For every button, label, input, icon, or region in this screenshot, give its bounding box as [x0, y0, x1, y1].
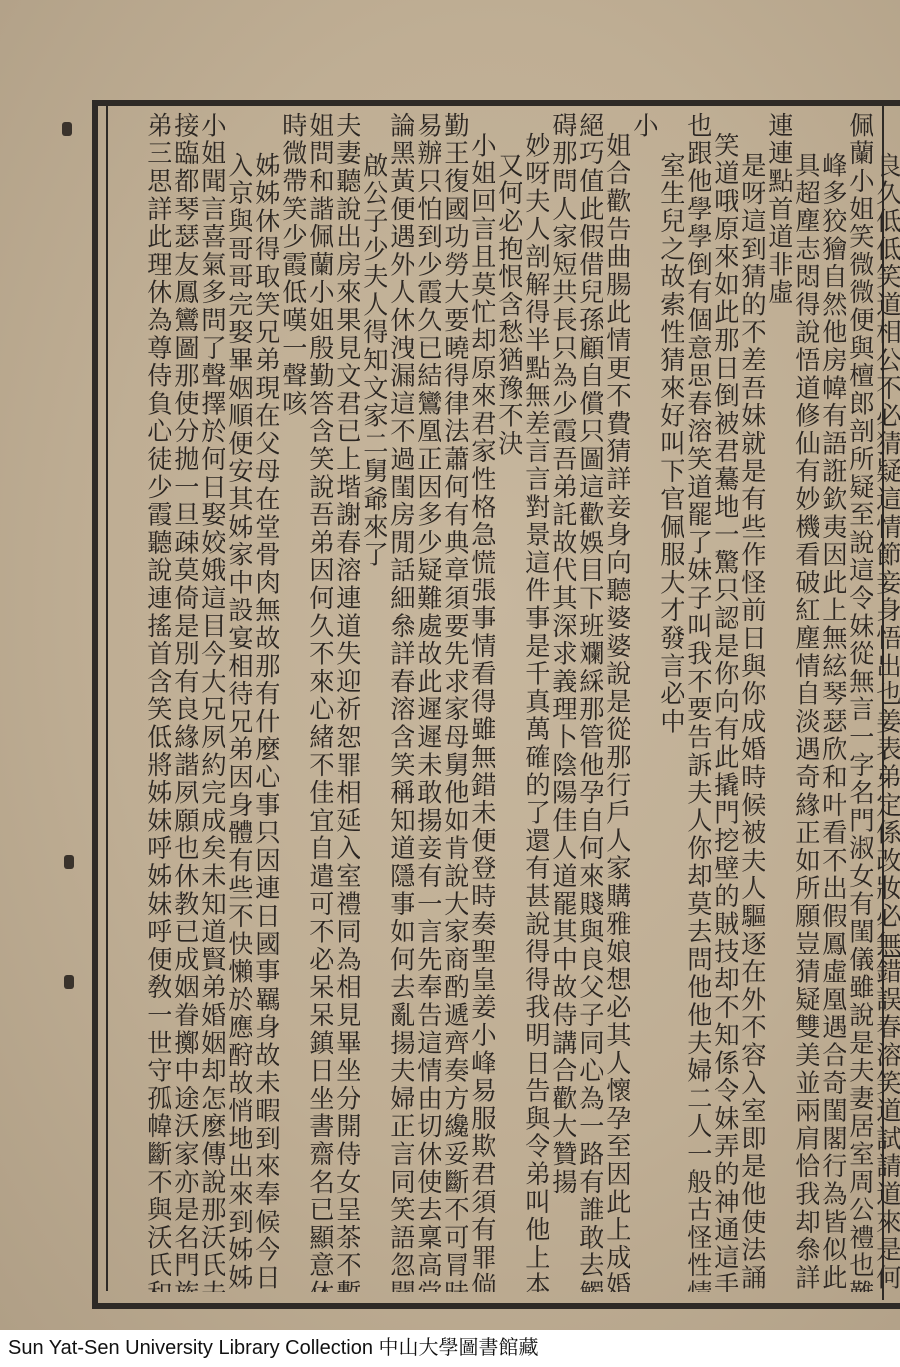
text-column: 具超塵志悶得說悟道修仙有妙機看破紅塵情自淡遇奇緣正如所願豈猜疑雙美並兩肩恰我却叅… [792, 112, 819, 1292]
text-column: 接臨都琴瑟友鳳鸞圖那使分拋一旦疎莫倚是別有良緣諧夙願也休教已成姻眷擲中途沃家亦是… [171, 112, 198, 1292]
text-column: 小姐回言且莫忙却原來君家性格急慌張事情看得雖無錯未便登時奏聖皇姜小峰易服欺君須有… [468, 112, 495, 1292]
text-column: 論黑黃便遇外人休洩漏這不過閨房閒話細叅詳春溶含笑稱知道隱事如何去亂揚夫婦正言同笑… [387, 112, 414, 1292]
text-column: 笑道哦原來如此那日倒被君驀地一驚只認是你向有此撬門挖壁的賊技却不知係令妹弄的神通… [711, 112, 738, 1292]
text-column: 時微帶笑少霞低嘆一聲咳 [279, 112, 306, 1292]
text-column: 夫妻聽說出房來果見文君已上堦謝春溶連道失迎祈恕罪相延入室禮同為相見畢坐分開侍女呈… [333, 112, 360, 1292]
text-column: 絕巧值此假借兒孫顧自償只圖這歡娛目下班斕綵那管他孕自何來賤與良父子同心為一路有誰… [576, 112, 603, 1292]
text-column: 姐合歡告曲腸此情更不費猜詳妾身向聽婆婆說是從那行戶人家購雅娘想必其人懷孕至因此上… [603, 112, 630, 1292]
binding-hole-mark [62, 122, 72, 136]
inner-border-rule [106, 106, 108, 1291]
text-column: 佩蘭小姐笑微微便與檀郎剖所疑至說這令妹從無言一字名門淑女有閨儀雖說是夫妻居室周公… [846, 112, 873, 1292]
text-column: 碍那問人家短共長只為少霞吾弟託故代其深求義理卜陰陽佳人道罷其中故侍講合歡大贊揚 [549, 112, 576, 1292]
text-column: 小 [630, 112, 657, 1292]
text-column: 良久低低笑道相公不必猜疑這情節妾身悟出也姜表弟定係改妝必無錯誤春溶笑道試請道來是… [873, 112, 900, 1292]
text-column: 小姐聞言喜氣多問了聲擇於何日娶姣娥這目今大兄夙約完成矣未知道賢弟婚姻却怎麼傳說那… [198, 112, 225, 1292]
binding-hole-mark [64, 855, 74, 869]
text-columns: 良久低低笑道相公不必猜疑這情節妾身悟出也姜表弟定係改妝必無錯誤春溶笑道試請道來是… [112, 112, 900, 1292]
text-column: 也跟他學學倒有個意思春溶笑道罷了妹子叫我不要告訴夫人你却莫去問他他夫婦二人一般古… [684, 112, 711, 1292]
text-column: 是呀這到猜的不差吾妹就是有些作怪前日與你成婚時候被夫人驅逐在外不容入室即是他使法… [738, 112, 765, 1292]
text-column: 勤王復國功勞大要曉得律法蕭何有典章須要先求家母舅他如肯說大家商酌遞齊奏方纔妥斷不… [441, 112, 468, 1292]
scanned-page: 良久低低笑道相公不必猜疑這情節妾身悟出也姜表弟定係改妝必無錯誤春溶笑道試請道來是… [0, 0, 900, 1330]
text-column: 妙呀夫人剖解得半點無差言言對景這件事是千真萬確的了還有甚說得得我明日告與令弟叫他… [522, 112, 549, 1292]
text-column: 姐問和諧佩蘭小姐殷勤答含笑說吾弟因何久不來心緒不佳宜自遣可不必呆呆鎮日坐書齋名已… [306, 112, 333, 1292]
text-column: 連連點首道非虛 [765, 112, 792, 1292]
text-column: 啟公子少夫人得知文家二舅爺來了 [360, 112, 387, 1292]
text-column: 弟三思詳此理休為尊侍負心徒少霞聽說連搖首含笑低將姊妹呼姊妹呼便敎一世守孤幃斷不與… [144, 112, 171, 1292]
text-column: 易辦只怕到少霞久已結鸞凰正因多少疑難處故此遲遲未敢揚妾有一言先奉告這情由切休使去… [414, 112, 441, 1292]
text-column: 峰多狡獪自然他房幃有語誑欽夷因此上無絃琴瑟欣和叶看不出假鳳虛凰遇合奇閨閣行為皆似… [819, 112, 846, 1292]
binding-hole-mark [64, 975, 74, 989]
collection-footer: Sun Yat-Sen University Library Collectio… [0, 1330, 900, 1367]
text-column: 又何必抱恨含愁猶豫不決 [495, 112, 522, 1292]
text-column: 入京與哥哥完娶畢姻順便安其姊家中設宴相待兄弟因身體有些不快懶於應酧故悄地出來到姊… [225, 112, 252, 1292]
text-column: 室生兒之故索性猜來好叫下官佩服大才發言必中 [657, 112, 684, 1292]
text-column: 姊姊休得取笑兄弟現在父母在堂骨肉無故那有什麼心事只因連日國事羈身故未暇到來奉候今… [252, 112, 279, 1292]
